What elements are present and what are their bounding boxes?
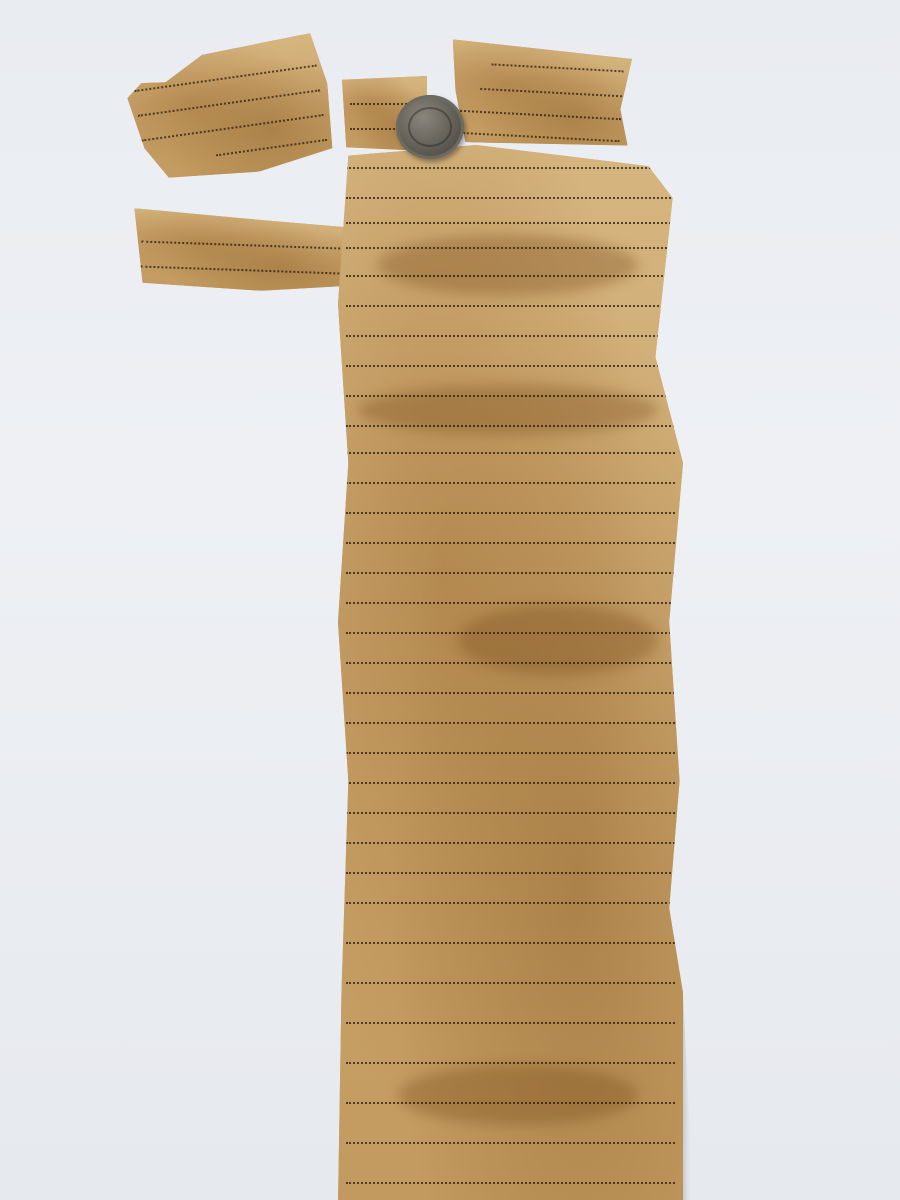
fragment-top-left [122,32,338,189]
main-scroll [338,145,683,1200]
coin [396,95,464,159]
fragment-top-right [447,39,632,150]
photo-scene [0,0,900,1200]
fragment-left-middle [132,208,350,293]
